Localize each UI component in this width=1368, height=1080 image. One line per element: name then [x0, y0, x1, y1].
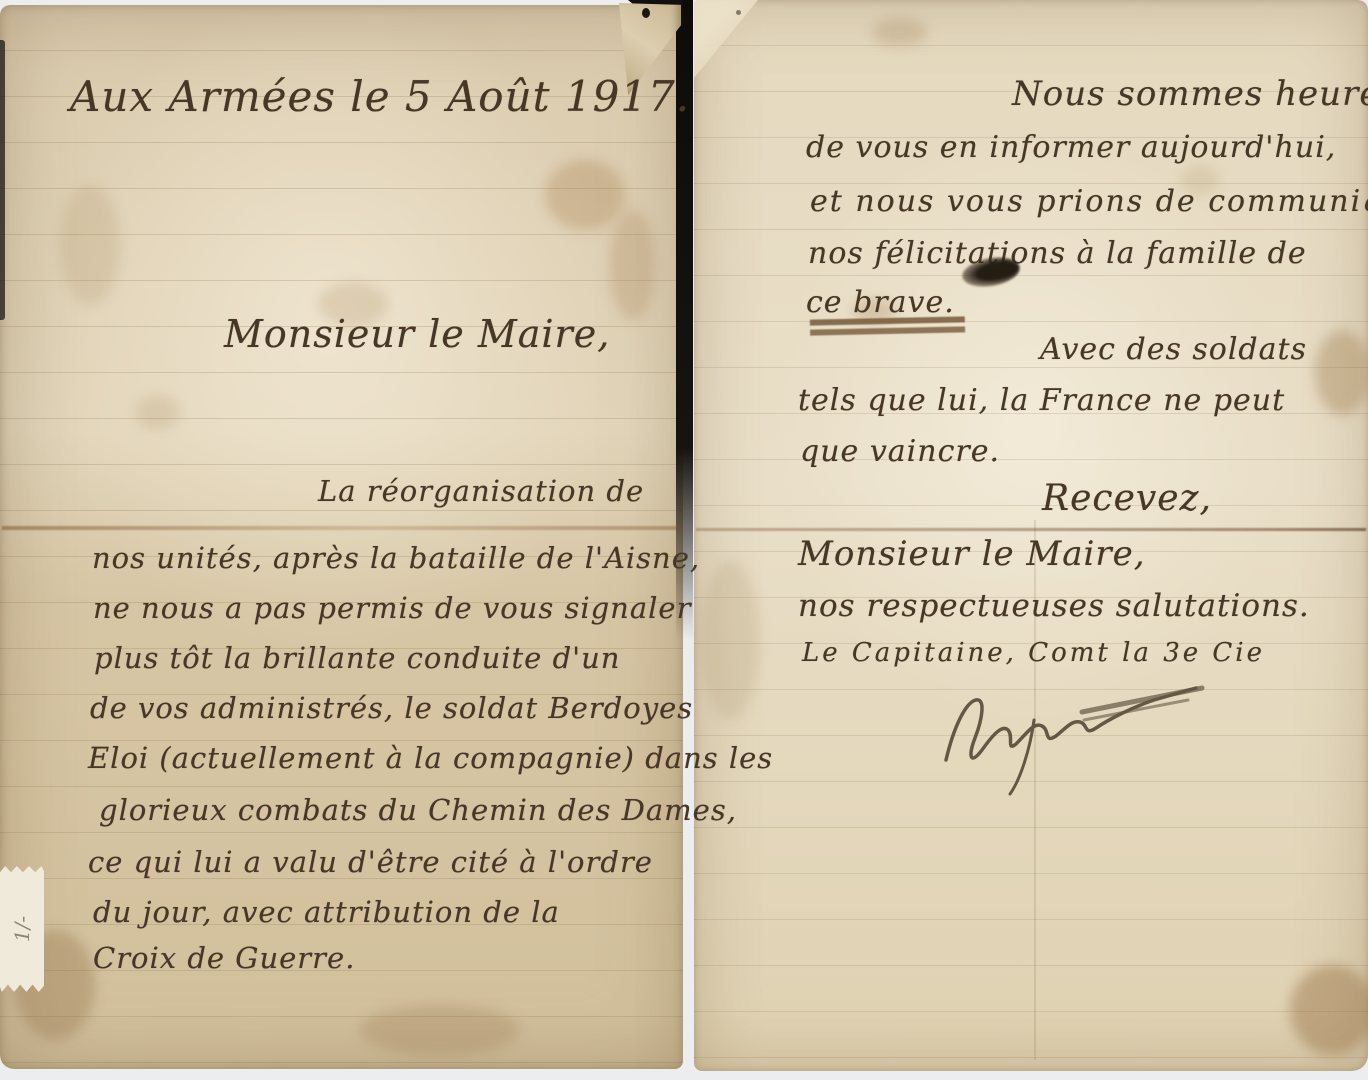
body-line: nos félicitations à la famille de	[808, 236, 1307, 271]
body-line: de vous en informer aujourd'hui,	[806, 130, 1336, 165]
stain	[360, 1005, 520, 1055]
body-line: ne nous a pas permis de vous signaler	[93, 591, 691, 625]
body-line: nos unités, après la bataille de l'Aisne…	[92, 541, 700, 575]
fold-crease-horizontal	[696, 528, 1366, 531]
edge-sticker: 1/-	[0, 866, 44, 992]
body-line: ce qui lui a valu d'être cité à l'ordre	[88, 845, 653, 879]
stain	[1290, 965, 1368, 1055]
dateline: Aux Armées le 5 Août 1917.	[70, 72, 690, 121]
stain	[610, 210, 655, 320]
stain	[60, 185, 120, 305]
stain	[872, 18, 927, 46]
body-line: Avec des soldats	[1040, 332, 1307, 367]
fold-crease-horizontal	[2, 526, 681, 530]
speck	[736, 10, 741, 15]
closing-line: Monsieur le Maire,	[798, 534, 1146, 574]
scan-edge-shadow	[0, 40, 5, 320]
body-line: que vaincre.	[800, 434, 1000, 469]
closing-line: nos respectueuses salutations.	[798, 588, 1310, 624]
body-line: Croix de Guerre.	[93, 941, 355, 975]
stain	[545, 160, 625, 230]
body-line: et nous vous prions de communiquer	[810, 184, 1368, 219]
body-line: Nous sommes heureux	[1012, 74, 1368, 114]
stain	[700, 560, 760, 720]
body-line: de vos administrés, le soldat Berdoyes	[90, 691, 693, 725]
scratched-out-word	[810, 314, 965, 339]
body-line: La réorganisation de	[318, 474, 644, 508]
signature	[930, 662, 1240, 797]
salutation: Monsieur le Maire,	[224, 312, 610, 356]
stain	[135, 395, 180, 430]
body-line: Eloi (actuellement à la compagnie) dans …	[88, 741, 773, 775]
stain	[1315, 330, 1368, 415]
letter-scan: Aux Armées le 5 Août 1917. Monsieur le M…	[0, 0, 1368, 1080]
sticker-marks: 1/-	[10, 916, 34, 942]
speck	[642, 8, 650, 18]
body-line: glorieux combats du Chemin des Dames,	[99, 793, 737, 827]
body-line: tels que lui, la France ne peut	[798, 383, 1285, 418]
body-line: du jour, avec attribution de la	[93, 895, 560, 929]
body-line: plus tôt la brillante conduite d'un	[94, 641, 620, 675]
closing-line: Recevez,	[1042, 478, 1212, 519]
